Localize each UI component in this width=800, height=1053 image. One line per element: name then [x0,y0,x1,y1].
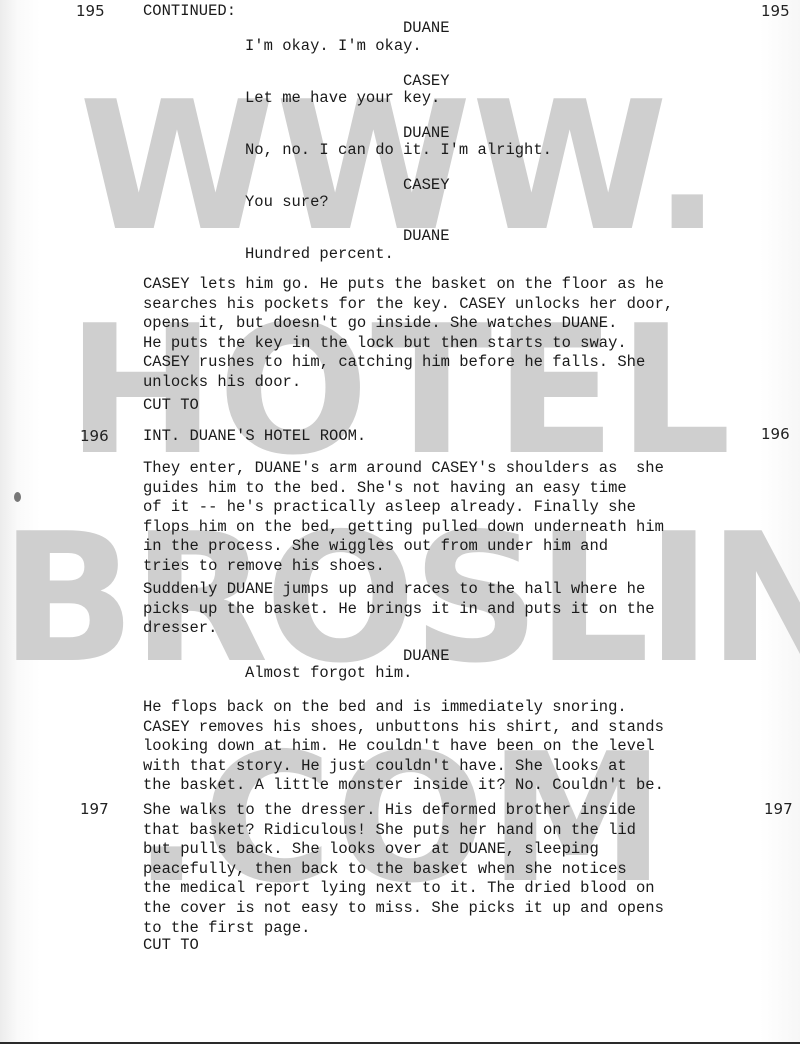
scene-number-left: 196 [80,427,109,445]
action-paragraph: Suddenly DUANE jumps up and races to the… [143,580,655,639]
script-page: WWW. HOTEL BROSLIN .COM 195 CONTINUED: 1… [0,0,800,1053]
scene-number-left: 197 [80,800,109,818]
continued-label: CONTINUED: [143,2,236,22]
dialogue-line: You sure? [245,193,329,213]
action-paragraph: She walks to the dresser. His deformed b… [143,801,664,938]
dialogue-line: No, no. I can do it. I'm alright. [245,141,552,161]
scene-heading: INT. DUANE'S HOTEL ROOM. [143,427,366,447]
page-bottom-margin [0,1044,800,1053]
dialogue-line: I'm okay. I'm okay. [245,37,422,57]
dialogue-line: Let me have your key. [245,89,440,109]
dialogue-line: Hundred percent. [245,245,394,265]
character-name: CASEY [403,176,450,196]
scan-speck [14,492,21,502]
scene-number-left: 195 [76,2,105,20]
scene-number-right: 196 [761,425,790,443]
transition-cut-to: CUT TO [143,936,199,956]
dialogue-line: Almost forgot him. [245,664,412,684]
character-name: DUANE [403,227,450,247]
character-name: DUANE [403,19,450,39]
action-paragraph: CASEY lets him go. He puts the basket on… [143,275,673,393]
transition-cut-to: CUT TO [143,396,199,416]
action-paragraph: They enter, DUANE's arm around CASEY's s… [143,459,664,577]
scene-number-right: 197 [764,800,793,818]
script-text: 195 CONTINUED: 195 DUANE I'm okay. I'm o… [0,0,800,1053]
action-paragraph: He flops back on the bed and is immediat… [143,698,664,796]
scene-number-right: 195 [761,2,790,20]
